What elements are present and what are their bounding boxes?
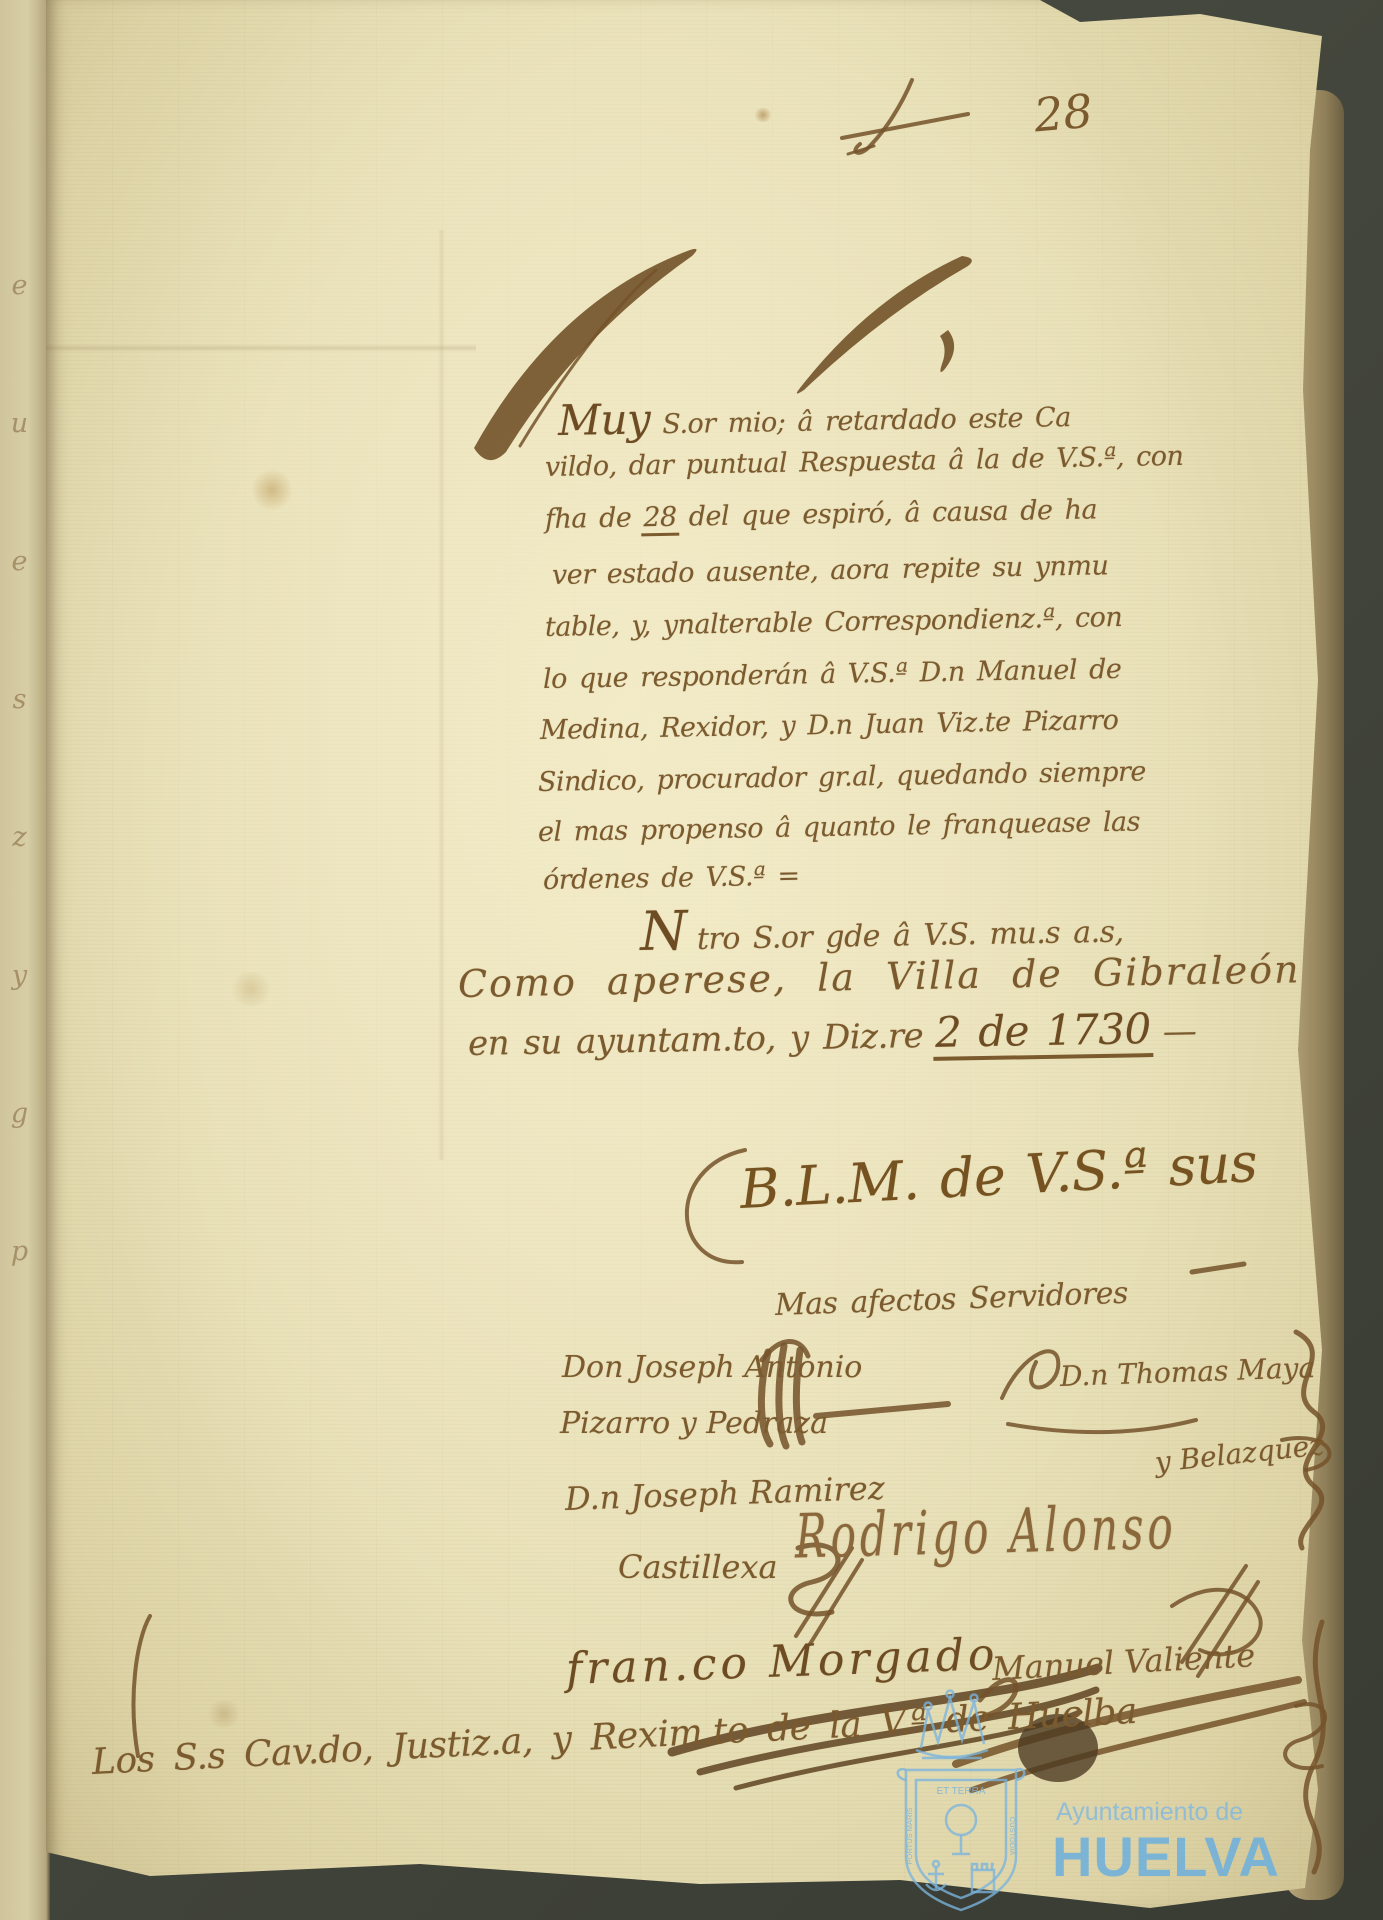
scanned-manuscript: e u e s z y g p xyxy=(0,0,1383,1920)
valediction-initial: N xyxy=(639,899,687,963)
date-line-text: en su ayuntam.to, y Diz.re xyxy=(468,1016,924,1064)
letter-line-text: S.or mio; â retardado este Ca xyxy=(662,402,1071,440)
letter-line-text: fha de xyxy=(545,502,632,535)
date-line-dash: — xyxy=(1162,1011,1196,1052)
underlined-day-number: 28 xyxy=(641,502,679,537)
folio-number: 28 xyxy=(1032,84,1095,143)
address-ascender-flourish xyxy=(134,1616,150,1756)
manuscript-ink-layer: 28 MuyS.or mio; â retardado este Ca vild… xyxy=(0,0,1383,1920)
letter-opening-word: Muy xyxy=(558,394,651,445)
letter-line-10: órdenes de V.S.ª = xyxy=(543,861,800,896)
signature-pizarro-line2: Pizarro y Pedraza xyxy=(560,1406,828,1441)
underlined-date: 2 de 1730 xyxy=(933,1004,1153,1061)
signature-castillexa: Castillexa xyxy=(618,1548,778,1586)
signature-pizarro-line1: Don Joseph Antonio xyxy=(562,1350,862,1385)
invocation-cross-mark xyxy=(842,80,968,154)
letter-line-1: MuyS.or mio; â retardado este Ca xyxy=(558,387,1072,445)
signature-alonso: Rodrigo Alonso xyxy=(795,1491,1178,1572)
